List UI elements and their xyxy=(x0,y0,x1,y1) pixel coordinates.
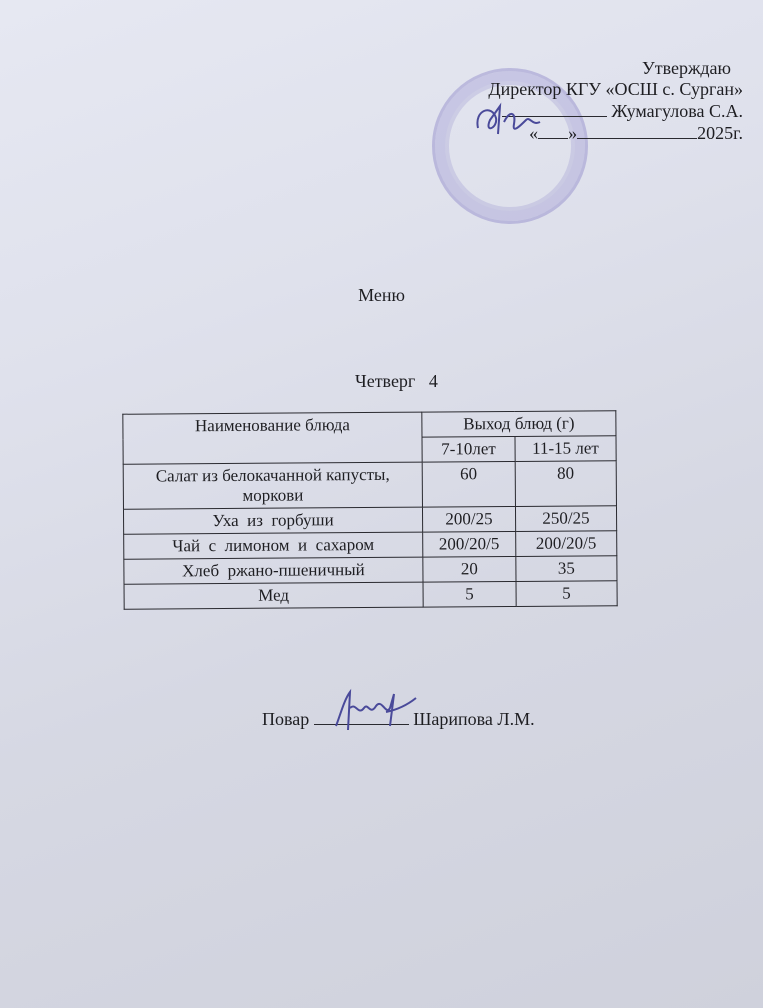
table-row: Хлеб ржано-пшеничный 20 35 xyxy=(124,556,617,584)
portion-11-15: 5 xyxy=(516,581,617,607)
approval-block: Утверждаю Директор КГУ «ОСШ с. Сурган» Ж… xyxy=(403,58,743,144)
header-age-7-10: 7-10лет xyxy=(422,436,515,462)
table-row: Уха из горбуши 200/25 250/25 xyxy=(123,506,616,534)
cook-label: Повар xyxy=(262,709,309,729)
header-age-11-15: 11-15 лет xyxy=(515,436,616,462)
approval-date-line: «»2025г. xyxy=(403,122,743,144)
month-blank xyxy=(577,122,697,139)
portion-11-15: 35 xyxy=(516,556,617,582)
approval-signature-line: Жумагулова С.А. xyxy=(403,100,743,122)
dish-name: Уха из горбуши xyxy=(123,507,422,534)
header-output: Выход блюд (г) xyxy=(422,411,616,437)
menu-day: Четверг 4 xyxy=(355,371,438,392)
portion-11-15: 250/25 xyxy=(515,506,616,532)
quote-close: » xyxy=(568,123,577,143)
approval-year: 2025г. xyxy=(697,123,743,143)
dish-name: Мед xyxy=(124,582,423,609)
director-name: Жумагулова С.А. xyxy=(611,101,743,121)
table-header-row: Наименование блюда Выход блюд (г) xyxy=(123,411,616,439)
dish-name: Хлеб ржано-пшеничный xyxy=(124,557,423,584)
portion-11-15: 80 xyxy=(515,461,617,507)
portion-7-10: 20 xyxy=(423,556,516,582)
portion-7-10: 60 xyxy=(422,461,515,507)
portion-11-15: 200/20/5 xyxy=(515,531,616,557)
approval-heading: Утверждаю xyxy=(403,58,743,79)
cook-signature xyxy=(330,686,420,736)
dish-name: Чай с лимоном и сахаром xyxy=(124,532,423,559)
table-row: Чай с лимоном и сахаром 200/20/5 200/20/… xyxy=(124,531,617,559)
portion-7-10: 200/20/5 xyxy=(423,531,516,557)
portion-7-10: 5 xyxy=(423,581,516,607)
dish-name: Салат из белокачанной капусты, моркови xyxy=(123,462,422,509)
table-row: Салат из белокачанной капусты, моркови 6… xyxy=(123,461,616,509)
table-row: Мед 5 5 xyxy=(124,581,617,609)
approval-position: Директор КГУ «ОСШ с. Сурган» xyxy=(403,79,743,100)
menu-title: Меню xyxy=(0,285,763,306)
menu-table: Наименование блюда Выход блюд (г) 7-10ле… xyxy=(122,410,617,609)
cook-name: Шарипова Л.М. xyxy=(413,709,534,729)
director-signature xyxy=(470,100,550,140)
portion-7-10: 200/25 xyxy=(422,506,515,532)
header-dish-name: Наименование блюда xyxy=(123,412,422,464)
document-page: Утверждаю Директор КГУ «ОСШ с. Сурган» Ж… xyxy=(0,0,763,1008)
